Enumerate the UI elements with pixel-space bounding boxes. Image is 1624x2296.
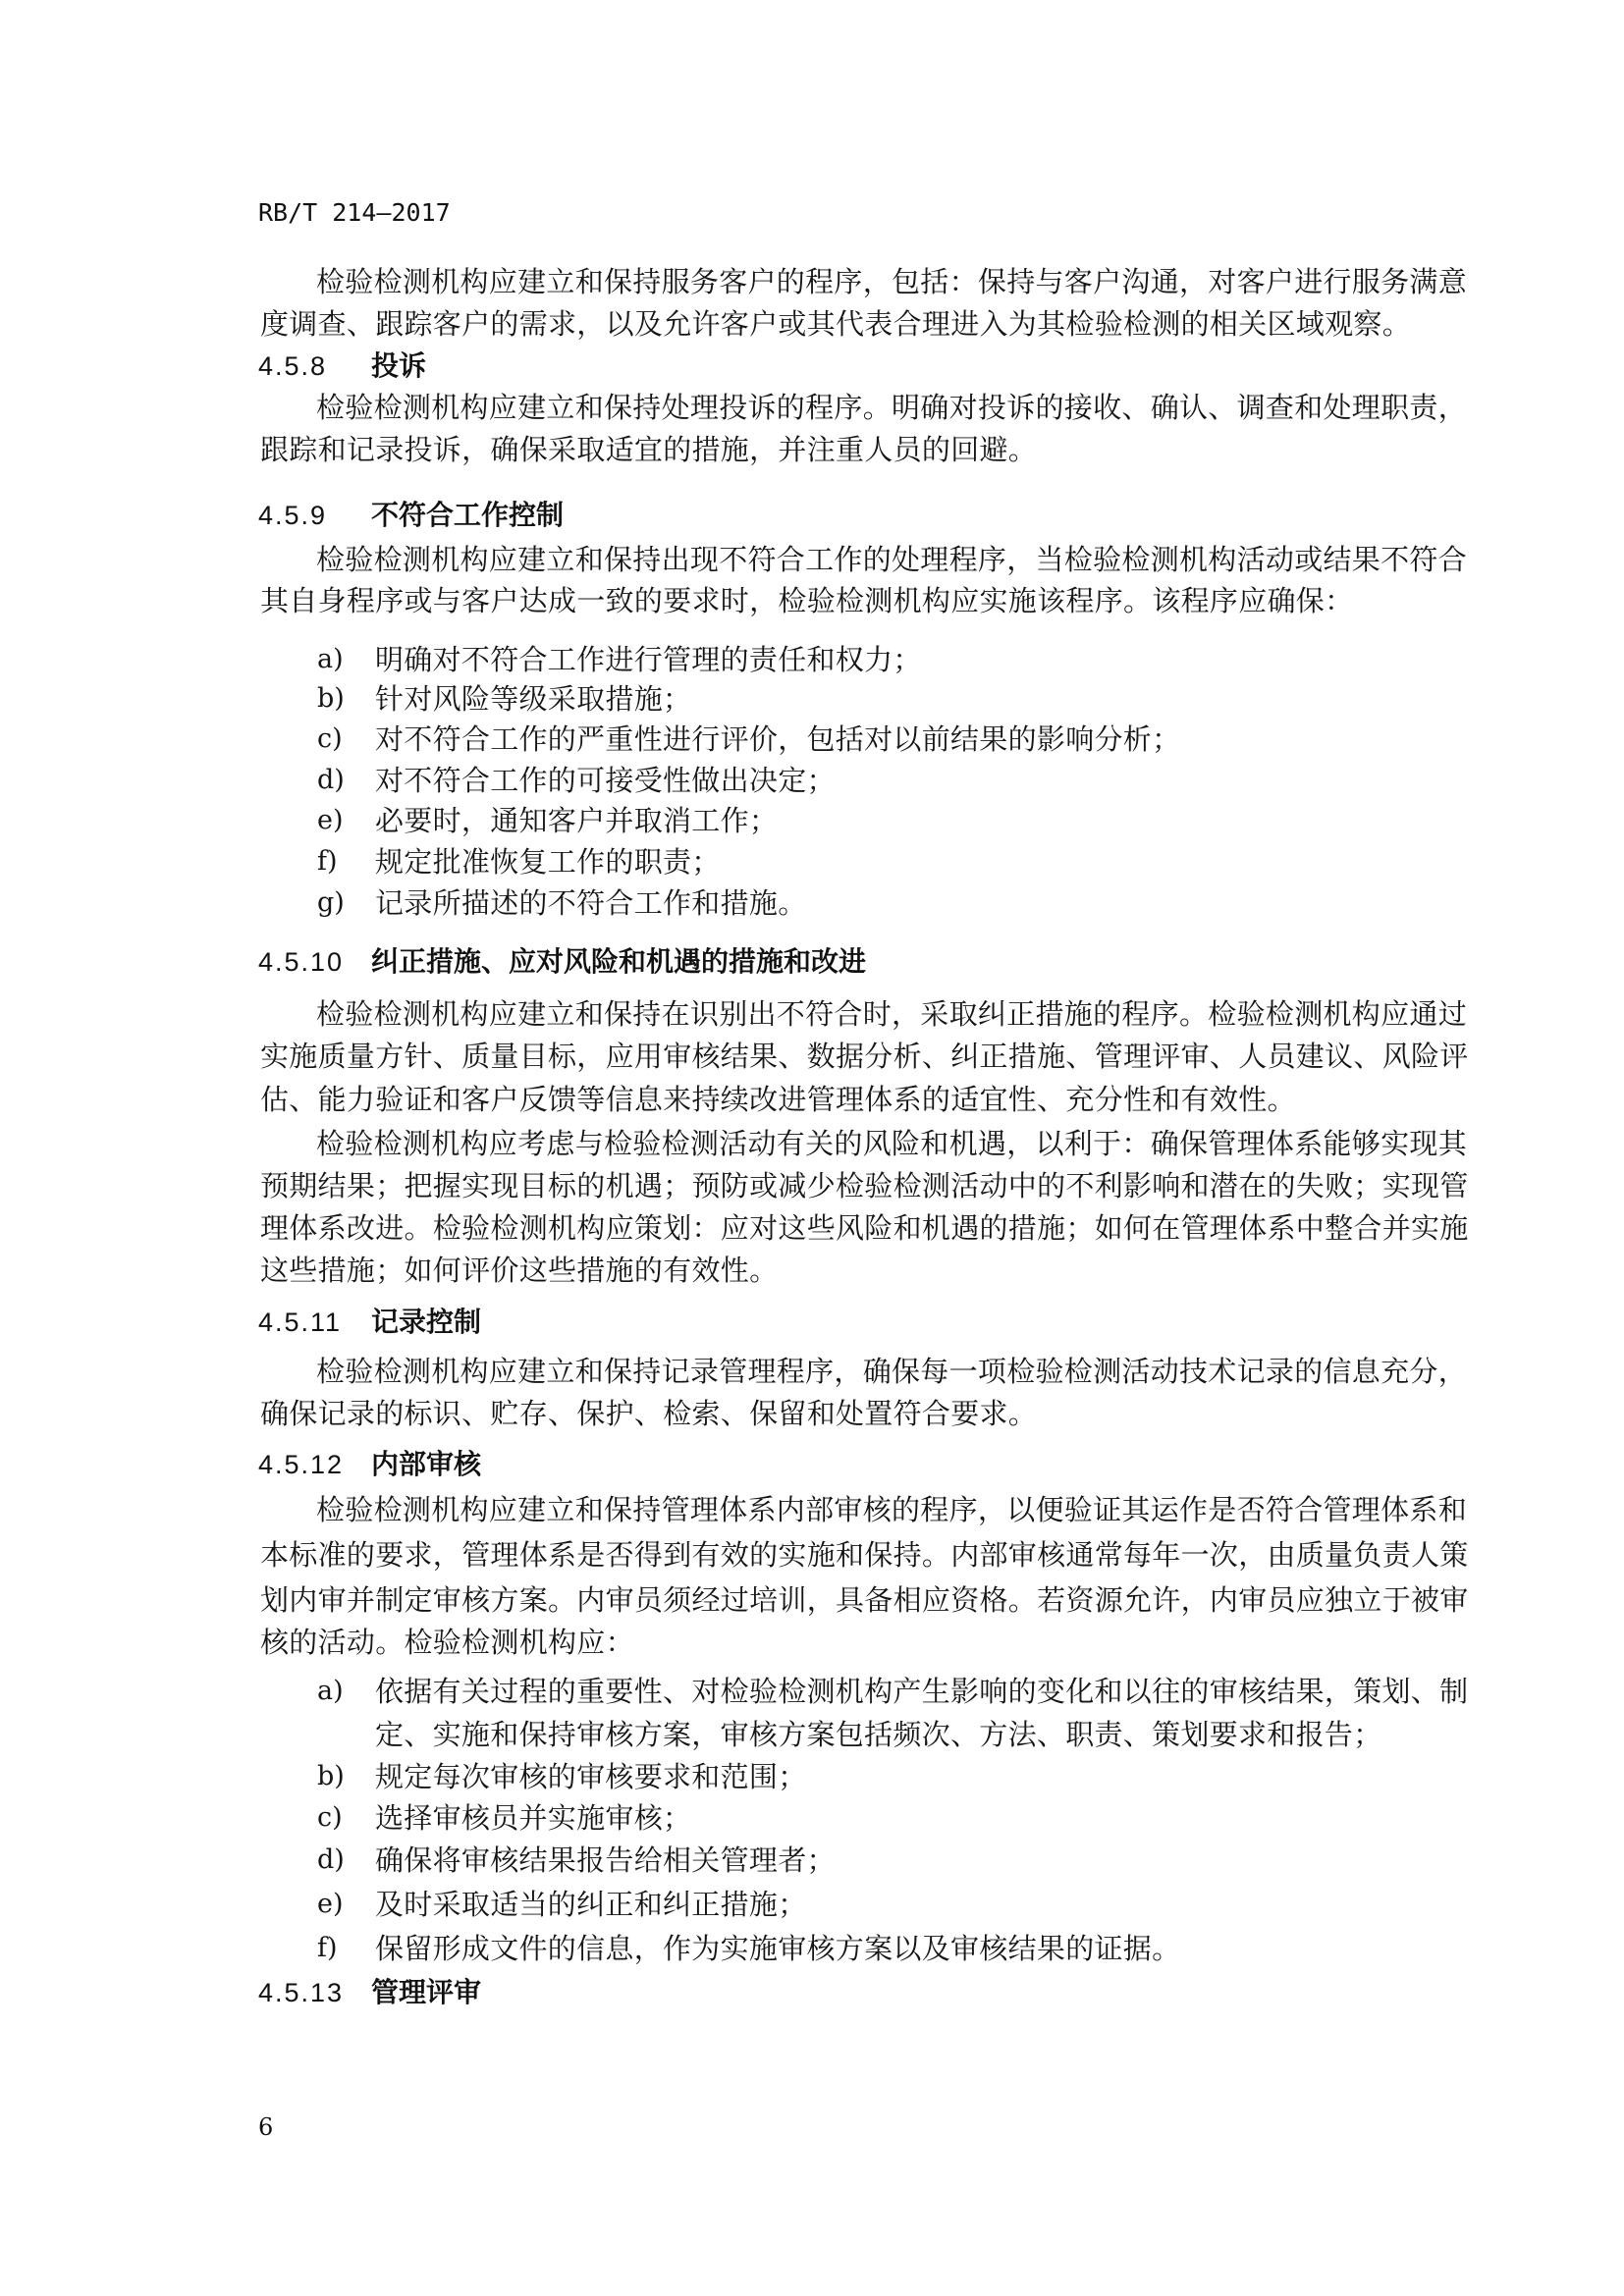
- section-heading-4-5-8: 4.5.8投诉: [258, 348, 426, 384]
- list-item: 规定每次审核的审核要求和范围；: [375, 1759, 807, 1794]
- paragraph-line: 划内审并制定审核方案。内审员须经过培训，具备相应资格。若资源允许，内审员应独立于…: [260, 1582, 1469, 1618]
- list-marker: b): [317, 681, 345, 717]
- section-number: 4.5.11: [258, 1305, 371, 1340]
- paragraph-line: 其自身程序或与客户达成一致的要求时，检验检测机构应实施该程序。该程序应确保：: [260, 583, 1353, 618]
- section-title: 纠正措施、应对风险和机遇的措施和改进: [371, 945, 866, 978]
- list-item: 记录所描述的不符合工作和措施。: [375, 885, 807, 921]
- section-heading-4-5-9: 4.5.9不符合工作控制: [258, 498, 564, 533]
- paragraph-line: 检验检测机构应建立和保持管理体系内部审核的程序，以便验证其运作是否符合管理体系和: [316, 1492, 1467, 1527]
- list-item: 依据有关过程的重要性、对检验检测机构产生影响的变化和以往的审核结果，策划、制: [375, 1674, 1468, 1709]
- section-number: 4.5.8: [258, 348, 371, 384]
- list-item: 对不符合工作的严重性进行评价，包括对以前结果的影响分析；: [375, 721, 1180, 757]
- paragraph-line: 检验检测机构应建立和保持服务客户的程序，包括：保持与客户沟通，对客户进行服务满意: [316, 264, 1467, 299]
- paragraph-line: 度调查、跟踪客户的需求，以及允许客户或其代表合理进入为其检验检测的相关区域观察。: [260, 306, 1411, 342]
- list-marker: a): [317, 642, 344, 677]
- section-heading-4-5-11: 4.5.11记录控制: [258, 1305, 481, 1340]
- list-item: 必要时，通知客户并取消工作；: [375, 803, 778, 838]
- list-item: 明确对不符合工作进行管理的责任和权力；: [375, 642, 922, 677]
- paragraph-line: 检验检测机构应考虑与检验检测活动有关的风险和机遇，以利于：确保管理体系能够实现其: [316, 1126, 1467, 1161]
- list-marker: e): [317, 803, 344, 838]
- list-item: 对不符合工作的可接受性做出决定；: [375, 763, 836, 798]
- section-title: 内部审核: [371, 1448, 481, 1480]
- section-title: 投诉: [371, 349, 426, 382]
- list-item: 选择审核员并实施审核；: [375, 1800, 691, 1836]
- section-number: 4.5.12: [258, 1447, 371, 1482]
- list-marker: d): [317, 1842, 345, 1878]
- section-number: 4.5.13: [258, 1975, 371, 2010]
- list-marker: f): [317, 844, 338, 880]
- paragraph-line: 检验检测机构应建立和保持处理投诉的程序。明确对投诉的接收、确认、调查和处理职责，: [316, 390, 1467, 425]
- page-number: 6: [258, 2113, 273, 2141]
- list-item: 规定批准恢复工作的职责；: [375, 844, 721, 880]
- section-heading-4-5-12: 4.5.12内部审核: [258, 1447, 481, 1482]
- list-marker: c): [317, 721, 343, 757]
- section-number: 4.5.10: [258, 944, 371, 980]
- section-title: 不符合工作控制: [371, 499, 564, 531]
- list-marker: e): [317, 1887, 344, 1922]
- section-title: 管理评审: [371, 1976, 481, 2008]
- list-item: 针对风险等级采取措施；: [375, 681, 691, 717]
- paragraph-line: 跟踪和记录投诉，确保采取适宜的措施，并注重人员的回避。: [260, 432, 1037, 467]
- list-marker: b): [317, 1759, 345, 1794]
- section-heading-4-5-13: 4.5.13管理评审: [258, 1975, 481, 2010]
- list-marker: g): [317, 885, 345, 921]
- paragraph-line: 检验检测机构应建立和保持出现不符合工作的处理程序，当检验检测机构活动或结果不符合: [316, 542, 1467, 577]
- list-item-continuation: 定、实施和保持审核方案，审核方案包括频次、方法、职责、策划要求和报告；: [375, 1717, 1382, 1752]
- list-marker: a): [317, 1674, 344, 1709]
- list-marker: d): [317, 763, 345, 798]
- list-marker: c): [317, 1800, 343, 1836]
- paragraph-line: 确保记录的标识、贮存、保护、检索、保留和处置符合要求。: [260, 1396, 1037, 1431]
- paragraph-line: 理体系改进。检验检测机构应策划：应对这些风险和机遇的措施；如何在管理体系中整合并…: [260, 1210, 1469, 1246]
- list-item: 确保将审核结果报告给相关管理者；: [375, 1842, 836, 1878]
- paragraph-line: 实施质量方针、质量目标，应用审核结果、数据分析、纠正措施、管理评审、人员建议、风…: [260, 1039, 1469, 1074]
- section-number: 4.5.9: [258, 498, 371, 533]
- section-heading-4-5-10: 4.5.10纠正措施、应对风险和机遇的措施和改进: [258, 944, 866, 980]
- section-title: 记录控制: [371, 1306, 481, 1338]
- document-standard-id: RB/T 214—2017: [258, 195, 451, 231]
- list-marker: f): [317, 1931, 338, 1966]
- paragraph-line: 检验检测机构应建立和保持记录管理程序，确保每一项检验检测活动技术记录的信息充分，: [316, 1354, 1467, 1389]
- paragraph-line: 预期结果；把握实现目标的机遇；预防或减少检验检测活动中的不利影响和潜在的失败；实…: [260, 1168, 1469, 1203]
- paragraph-line: 核的活动。检验检测机构应：: [260, 1625, 634, 1660]
- list-item: 保留形成文件的信息，作为实施审核方案以及审核结果的证据。: [375, 1931, 1180, 1966]
- paragraph-line: 估、能力验证和客户反馈等信息来持续改进管理体系的适宜性、充分性和有效性。: [260, 1082, 1296, 1117]
- paragraph-line: 检验检测机构应建立和保持在识别出不符合时，采取纠正措施的程序。检验检测机构应通过: [316, 996, 1467, 1032]
- paragraph-line: 本标准的要求，管理体系是否得到有效的实施和保持。内部审核通常每年一次，由质量负责…: [260, 1537, 1469, 1573]
- document-page: RB/T 214—2017 检验检测机构应建立和保持服务客户的程序，包括：保持与…: [0, 0, 1624, 2296]
- paragraph-line: 这些措施；如何评价这些措施的有效性。: [260, 1253, 778, 1288]
- list-item: 及时采取适当的纠正和纠正措施；: [375, 1887, 807, 1922]
